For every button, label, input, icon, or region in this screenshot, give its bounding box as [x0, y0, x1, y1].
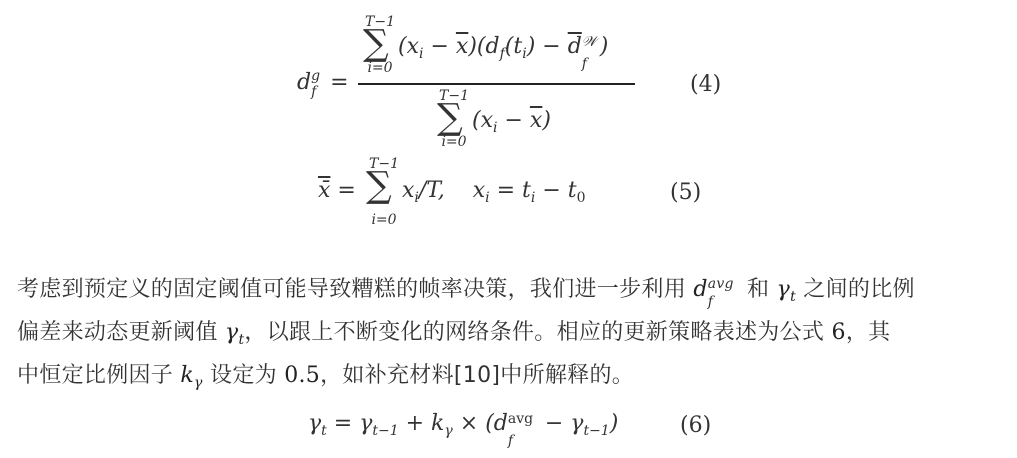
eq4-numerator: (xi − x)(df(ti) − d𝒲f): [398, 36, 608, 61]
eq5-number: (5): [670, 180, 701, 205]
eq5-lhs: x̄ =: [318, 180, 356, 202]
text-span: 设定为: [210, 363, 277, 388]
math-sup: avg: [708, 276, 734, 292]
eq4-den-sum-lower: i=0: [434, 134, 474, 150]
eq5-sum-lower: i=0: [364, 212, 404, 228]
eq6-expr: γt = γt−1 + kγ × (davgf − γt−1): [308, 413, 618, 438]
text-span: 偏差来动态更新阈值: [17, 320, 218, 345]
eq4-denominator: (xi − x): [472, 110, 551, 135]
text-span: ，以跟上不断变化的网络条件。相应的更新策略表述为公式: [244, 320, 824, 345]
fraction-bar: [358, 83, 635, 85]
eq4-lhs-sub: f: [311, 85, 316, 99]
eq4-num-sum-lower: i=0: [360, 60, 400, 76]
equation-ref: 6: [832, 320, 846, 345]
eq5-lhs-symbol: x̄: [318, 178, 330, 203]
math-symbol: k: [180, 363, 194, 388]
math-symbol: d: [693, 277, 707, 302]
sigma-icon: ∑: [366, 168, 392, 204]
sigma-icon: ∑: [363, 26, 389, 62]
eq4-lhs-symbol: d: [297, 70, 311, 95]
text-span: ，其: [846, 320, 891, 345]
math-sub: γ: [194, 375, 203, 391]
eq5-expr: xi/T, xi = ti − t0: [402, 180, 586, 205]
eq4-lhs-sup: g: [311, 69, 320, 83]
text-span: 考虑到预定义的固定阈值可能导致糟糕的帧率决策，我们进一步利用: [17, 277, 686, 302]
text-span: 和: [747, 277, 769, 302]
text-span: 之间的比例: [803, 277, 915, 302]
paragraph-line-3: 中恒定比例因子 kγ 设定为 0.5，如补充材料[10]中所解释的。: [17, 358, 634, 391]
math-symbol: γ: [777, 277, 790, 302]
eq4-lhs: d g f =: [297, 72, 349, 94]
math-symbol: γ: [225, 320, 238, 345]
number-value: 0.5: [284, 363, 320, 388]
eq6-number: (6): [680, 413, 711, 438]
paragraph-line-2: 偏差来动态更新阈值 γt，以跟上不断变化的网络条件。相应的更新策略表述为公式 6…: [17, 315, 890, 348]
text-span: ，如补充材料[10]中所解释的。: [320, 363, 634, 388]
paragraph-line-1: 考虑到预定义的固定阈值可能导致糟糕的帧率决策，我们进一步利用 davgf 和 γ…: [17, 272, 915, 305]
text-span: 中恒定比例因子: [17, 363, 173, 388]
sigma-icon: ∑: [437, 100, 463, 136]
math-sub: t: [790, 289, 796, 305]
eq4-number: (4): [690, 72, 721, 97]
math-sub: f: [708, 294, 713, 310]
